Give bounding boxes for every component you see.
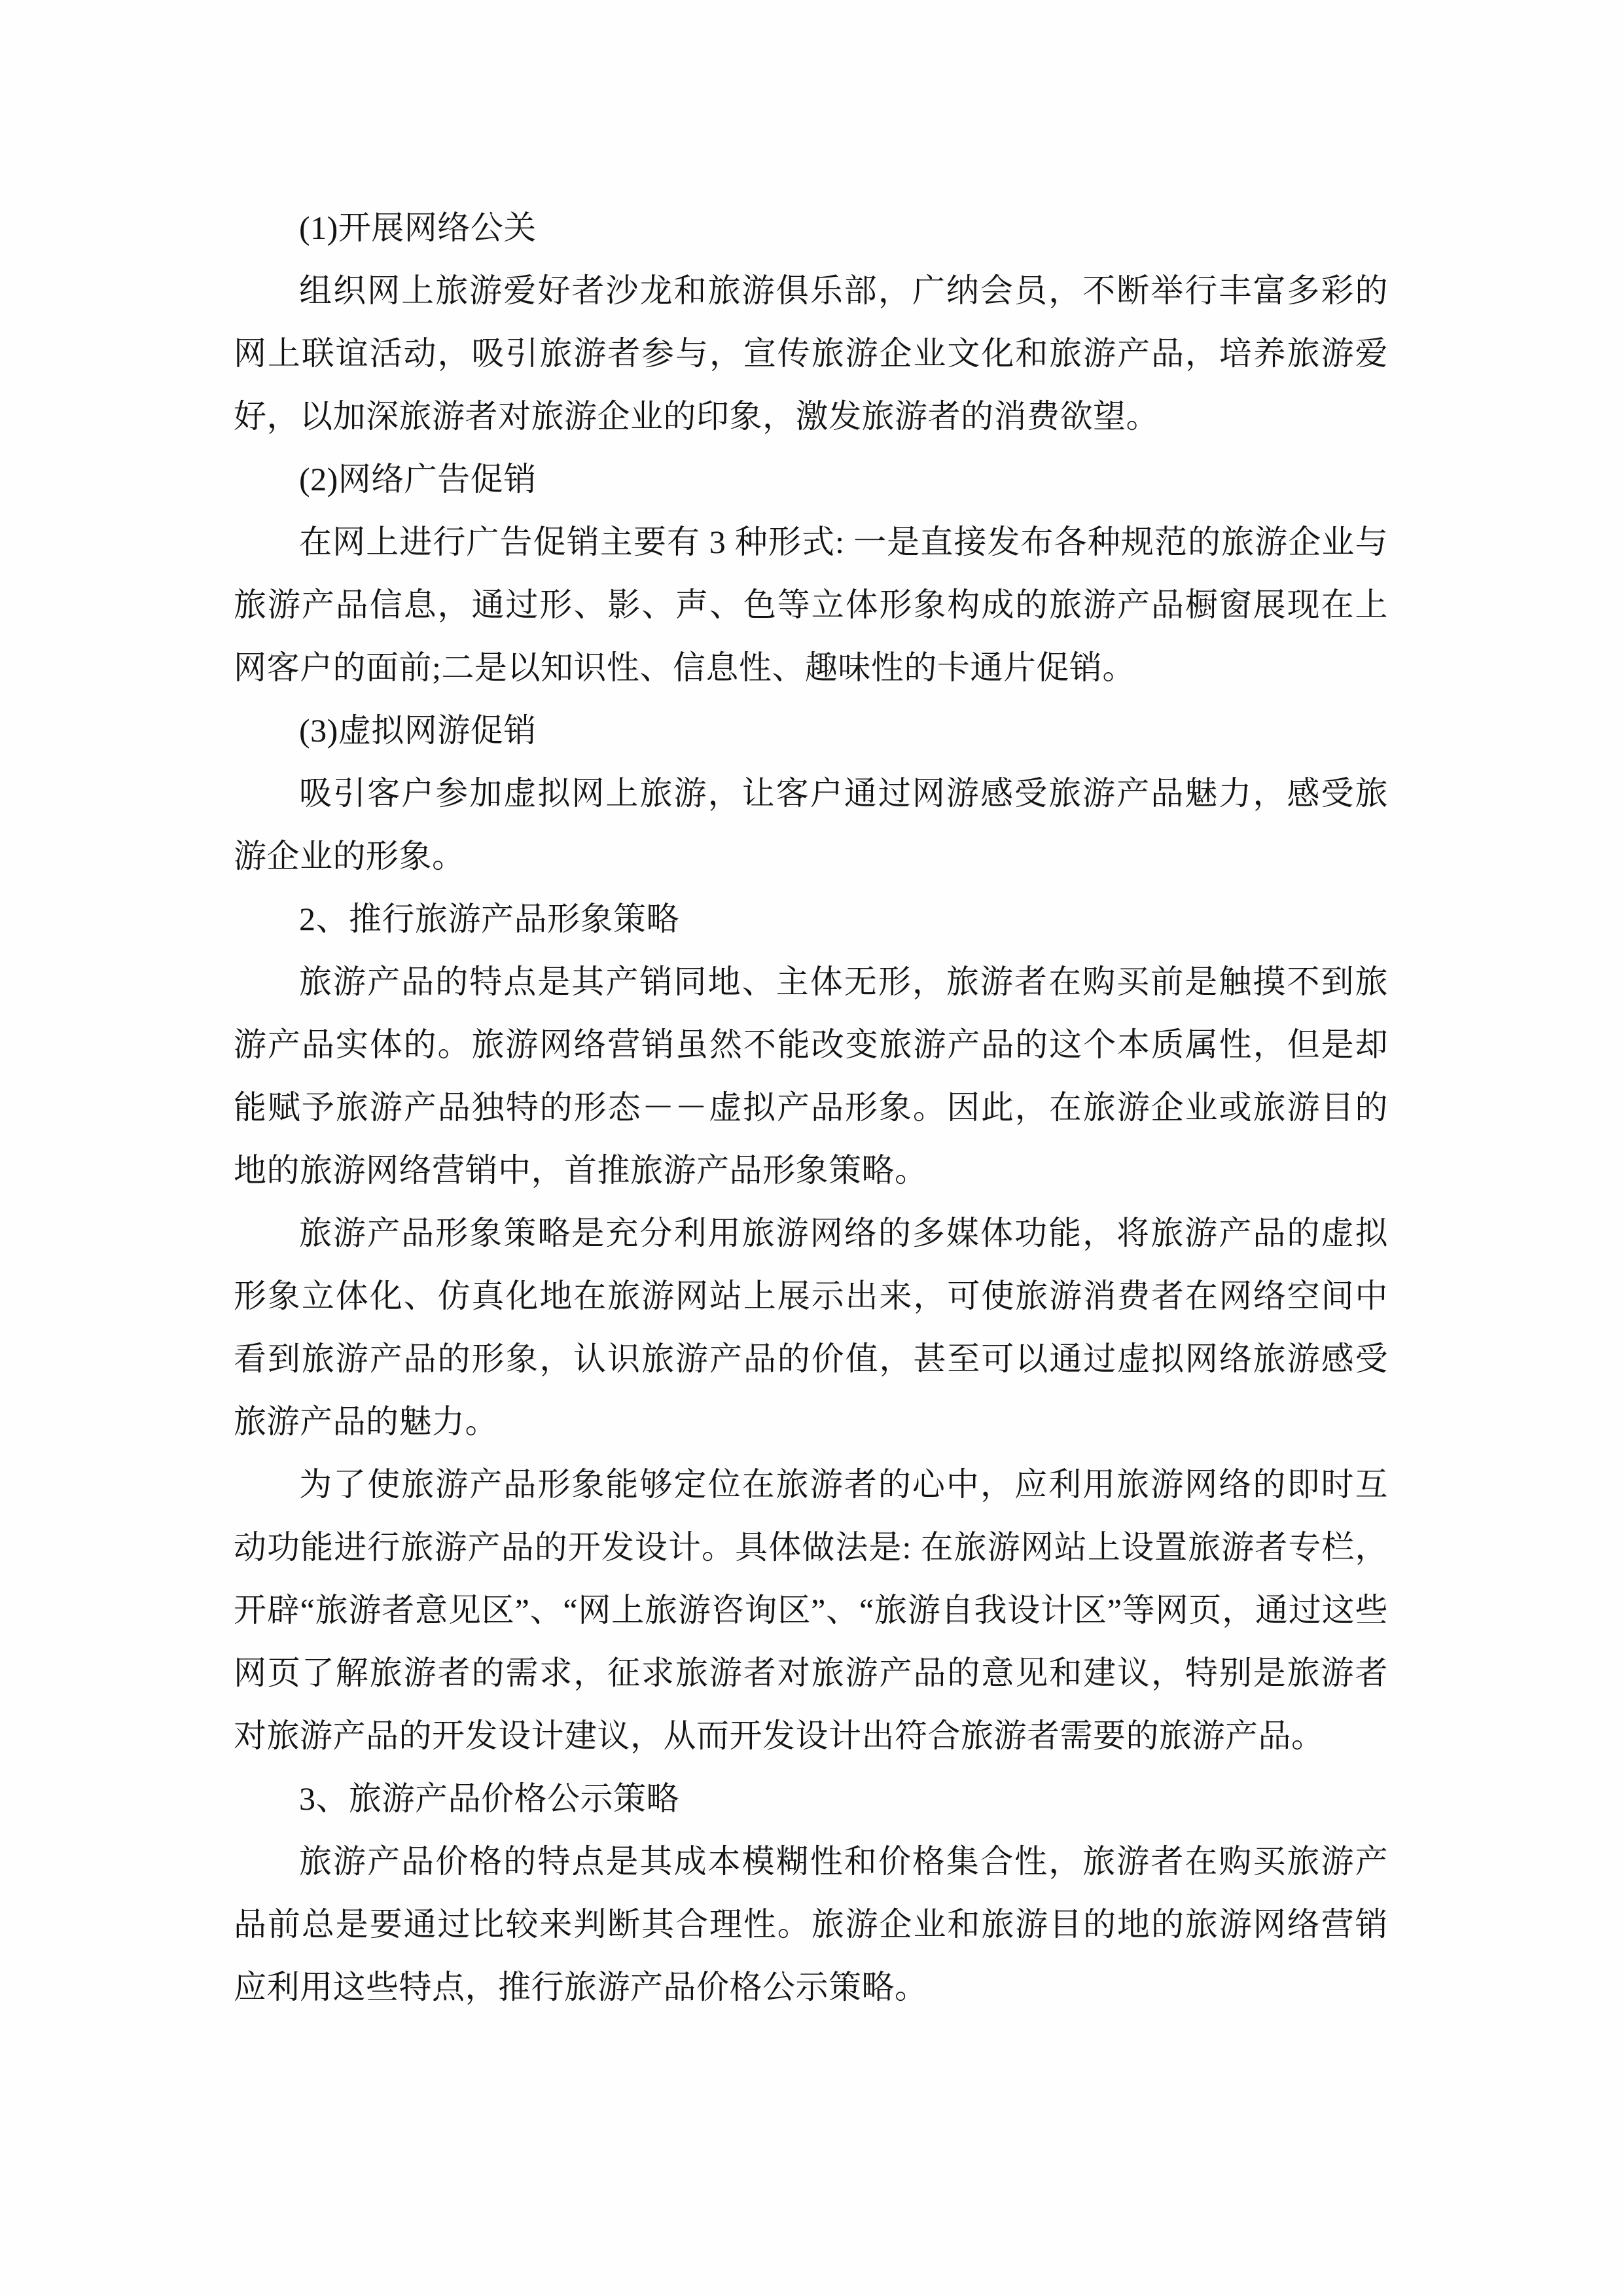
paragraph-subheading-2: (2)网络广告促销 <box>234 448 1388 511</box>
paragraph-body-6: 为了使旅游产品形象能够定位在旅游者的心中，应利用旅游网络的即时互动功能进行旅游产… <box>234 1453 1388 1767</box>
paragraph-body-4: 旅游产品的特点是其产销同地、主体无形，旅游者在购买前是触摸不到旅游产品实体的。旅… <box>234 950 1388 1202</box>
document-body-text: (1)开展网络公关 组织网上旅游爱好者沙龙和旅游俱乐部，广纳会员，不断举行丰富多… <box>234 196 1388 2018</box>
paragraph-body-2: 在网上进行广告促销主要有 3 种形式: 一是直接发布各种规范的旅游企业与旅游产品… <box>234 511 1388 699</box>
paragraph-heading-strategy-3: 3、旅游产品价格公示策略 <box>234 1767 1388 1830</box>
paragraph-body-1: 组织网上旅游爱好者沙龙和旅游俱乐部，广纳会员，不断举行丰富多彩的网上联谊活动，吸… <box>234 259 1388 448</box>
paragraph-heading-strategy-2: 2、推行旅游产品形象策略 <box>234 888 1388 950</box>
paragraph-subheading-1: (1)开展网络公关 <box>234 196 1388 259</box>
document-page: (1)开展网络公关 组织网上旅游爱好者沙龙和旅游俱乐部，广纳会员，不断举行丰富多… <box>0 0 1623 2296</box>
paragraph-body-5: 旅游产品形象策略是充分利用旅游网络的多媒体功能，将旅游产品的虚拟形象立体化、仿真… <box>234 1202 1388 1453</box>
paragraph-body-3: 吸引客户参加虚拟网上旅游，让客户通过网游感受旅游产品魅力，感受旅游企业的形象。 <box>234 762 1388 888</box>
paragraph-body-7: 旅游产品价格的特点是其成本模糊性和价格集合性，旅游者在购买旅游产品前总是要通过比… <box>234 1830 1388 2018</box>
paragraph-subheading-3: (3)虚拟网游促销 <box>234 699 1388 762</box>
